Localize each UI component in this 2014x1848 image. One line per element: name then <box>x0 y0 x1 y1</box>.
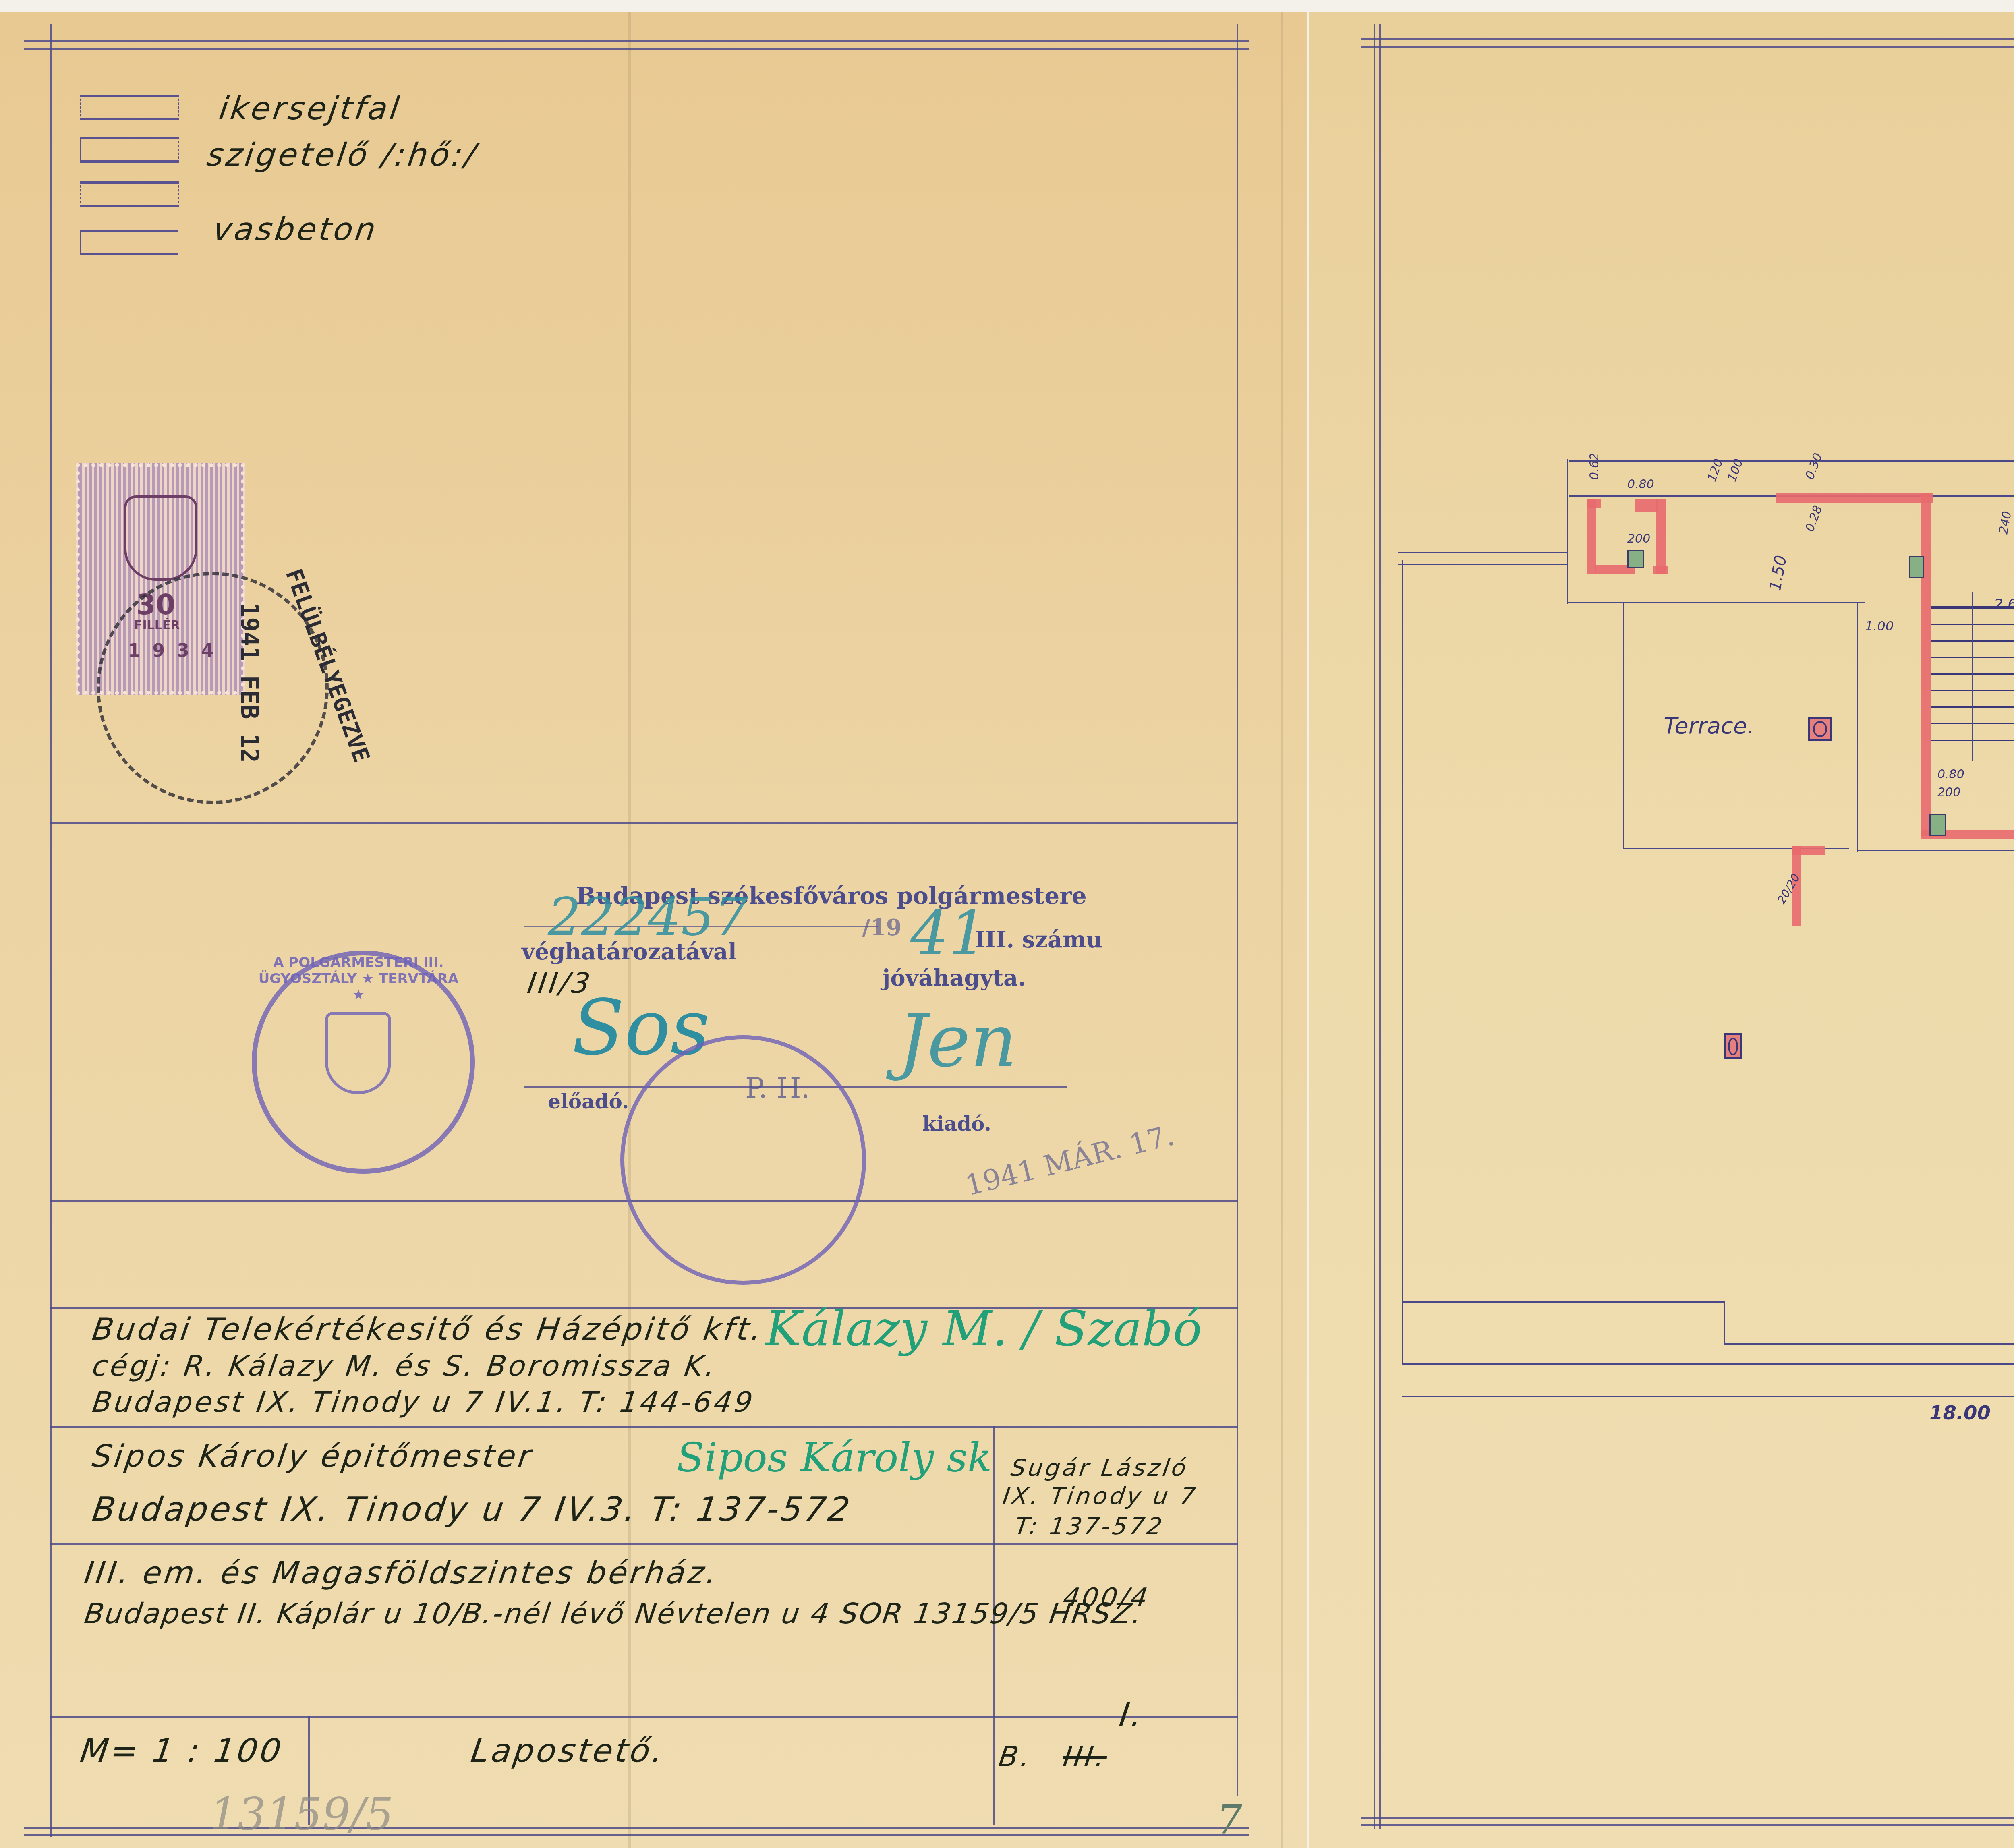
owner-line3: Budapest IX. Tinody u 7 IV.1. T: 144-649 <box>90 1386 757 1419</box>
frame-left-inner <box>1379 24 1381 1829</box>
pencil-note: 13159/5 <box>209 1788 394 1840</box>
frame-top <box>24 40 1249 42</box>
builder-line1: Sipos Károly épitőmester <box>90 1438 536 1474</box>
dim-line-top <box>1569 460 2014 462</box>
roof-step <box>1402 1301 1724 1303</box>
designer-phone: T: 137-572 <box>1013 1512 1166 1540</box>
frame-top-inner <box>1361 46 2014 48</box>
dim-100: 1.00 <box>1865 618 1894 634</box>
dim: 0.62 <box>1587 453 1602 480</box>
dim: 0.80 <box>1627 477 1654 491</box>
legend-swatch-empty <box>80 230 178 255</box>
legend-label: vasbeton <box>211 211 380 248</box>
tervtar-stamp-text: A POLGÁRMESTERI III. ÜGYOSZTÁLY ★ TERVTÁ… <box>258 955 459 1003</box>
builder-line2: Budapest IX. Tinody u 7 IV.3. T: 137-572 <box>90 1490 854 1529</box>
frame-left <box>50 24 52 1837</box>
terrace-edge <box>1857 602 1858 852</box>
wall <box>1635 499 1658 512</box>
page-number: 7 <box>1216 1796 1242 1844</box>
owner-line2: cégj: R. Kálazy M. és S. Boromissza K. <box>90 1349 719 1382</box>
ph-seal-label: P. H. <box>745 1071 810 1104</box>
frame-left <box>1374 24 1375 1829</box>
roof-step <box>1724 1343 2014 1345</box>
designer-name: Sugár László <box>1009 1454 1190 1481</box>
sheet-code: B. <box>997 1740 1034 1773</box>
kiado-signature: Jen <box>898 999 1017 1083</box>
project-line2: Budapest II. Káplár u 10/B.-nél lévő Név… <box>82 1597 1145 1630</box>
roof-edge-bottom <box>1402 1363 2014 1365</box>
right-sheet <box>1309 12 2014 1848</box>
builder-signature: Sipos Károly sk <box>677 1434 992 1481</box>
chimney <box>1724 1033 1742 1059</box>
frame-bottom <box>1361 1817 2014 1819</box>
stair-wall-left <box>1921 493 1931 836</box>
title-block-divider <box>50 1426 1238 1428</box>
ph-seal <box>620 1035 866 1285</box>
dim-door-left: 0.80 <box>1937 767 1964 781</box>
roof-edge-left <box>1402 560 1403 1365</box>
frame-bottom <box>24 1827 1249 1829</box>
approval-line3: jóváhagyta. <box>882 965 1026 991</box>
project-line1: III. em. és Magasföldszintes bérház. <box>82 1555 721 1591</box>
door <box>1929 814 1946 836</box>
dim-door-left: 200 <box>1937 785 1960 800</box>
roof-step <box>1724 1301 1725 1345</box>
chimney <box>1808 717 1832 741</box>
wall <box>1656 499 1666 574</box>
wall <box>1776 493 1933 503</box>
plan-edge <box>1567 459 1568 604</box>
postmark-date: 1941 FEB 12 <box>235 603 263 762</box>
plan-edge <box>1857 850 2014 851</box>
frame-bottom-inner <box>24 1834 1249 1836</box>
stamp-coat-of-arms-icon <box>325 1012 391 1094</box>
legend-swatch-vasbeton <box>80 181 179 207</box>
plan-number: 400/4 <box>1061 1583 1152 1613</box>
stair-handrail <box>1972 592 1973 761</box>
role-kiado: kiadó. <box>922 1112 991 1135</box>
sheet-index-new: I. <box>1117 1696 1147 1733</box>
legend-swatch-szigetelo <box>80 137 179 163</box>
scale-label: M= 1 : 100 <box>78 1732 286 1769</box>
legend-swatch-ikersejtfal <box>80 95 179 120</box>
wall <box>1587 499 1601 508</box>
frame-right <box>1237 24 1238 1796</box>
sheet-title: Lapostető. <box>468 1732 667 1769</box>
title-block-divider <box>50 1543 1238 1545</box>
designer-address: IX. Tinody u 7 <box>1001 1482 1200 1510</box>
overall-dim-line <box>1402 1396 2014 1397</box>
section-divider <box>50 822 1238 824</box>
dim-stair-width: 2.60 <box>1994 596 2014 613</box>
approval-line2: véghatározatával <box>522 939 737 965</box>
plan-edge <box>1567 602 1865 603</box>
stamp-crown-shield-icon <box>124 495 197 581</box>
terrace-edge <box>1623 602 1624 848</box>
frame-bottom-inner <box>1361 1824 2014 1826</box>
fold-crease <box>1281 12 1283 1848</box>
parapet-line <box>1398 564 1567 565</box>
owner-line1: Budai Telekértékesitő és Házépitő kft. <box>90 1311 767 1347</box>
legend-label: ikersejtfal <box>217 91 404 127</box>
approval-number-suffix: /19 <box>862 914 901 941</box>
door <box>1909 556 1924 578</box>
overall-width-dim: 18.00 <box>1929 1402 1991 1424</box>
owner-signature: Kálazy M. / Szabó <box>765 1301 1202 1357</box>
door <box>1627 550 1644 568</box>
sheet-index-struck: III. <box>1061 1740 1109 1773</box>
wall <box>1653 566 1668 574</box>
legend-label: szigetelő /:hő:/ <box>205 137 481 173</box>
frame-top-inner <box>24 48 1249 50</box>
dim: 200 <box>1627 532 1650 546</box>
wall <box>1587 499 1596 574</box>
parapet-line <box>1398 552 1567 553</box>
title-block-divider <box>50 1716 1238 1718</box>
frame-top <box>1361 38 2014 40</box>
approval-dept: III. számu <box>975 926 1102 953</box>
role-eloado: előadó. <box>548 1090 629 1113</box>
room-terrace: Terrace. <box>1664 713 1754 739</box>
